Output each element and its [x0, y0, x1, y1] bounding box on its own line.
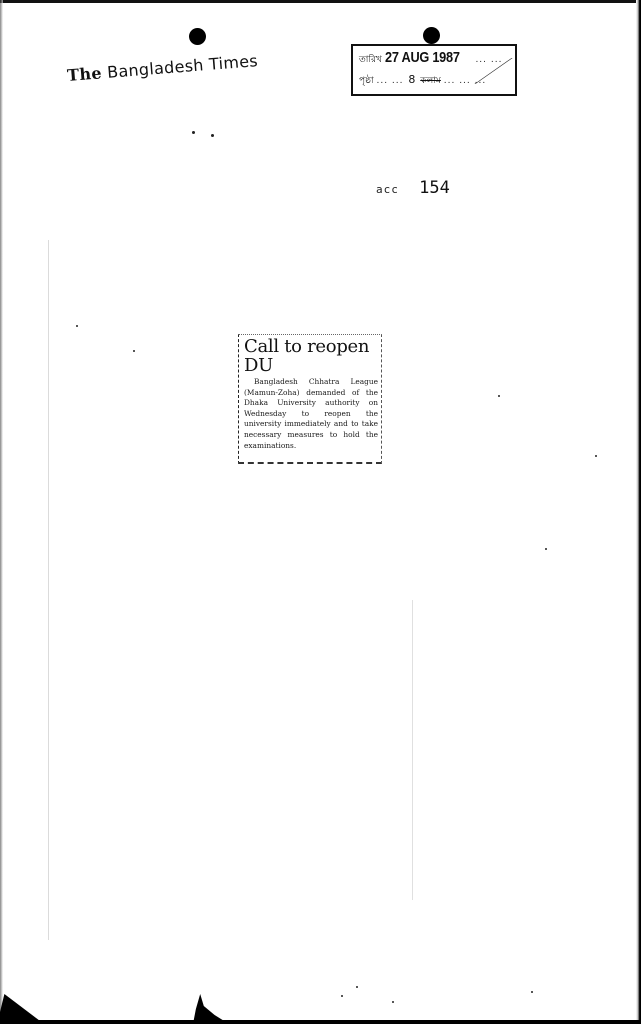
page-edge-top: [0, 0, 641, 3]
stamp-dots: ... ...: [376, 76, 403, 86]
page-edge-left: [0, 0, 3, 1024]
newspaper-clipping: Call to reopen DU Bangladesh Chhatra Lea…: [238, 334, 382, 464]
scan-speck: [211, 134, 214, 137]
masthead-name: Bangladesh Times: [106, 51, 258, 82]
scan-speck: [392, 1001, 394, 1003]
date-stamp: তারিখ 27 AUG 1987 ... ... পৃষ্ঠা ... ...…: [351, 44, 517, 96]
punch-hole-right: [423, 27, 440, 44]
folio-prefix: acc: [376, 183, 399, 196]
scan-speck: [133, 350, 135, 352]
scan-speck: [341, 995, 343, 997]
scan-artifact-line: [48, 240, 49, 940]
stamp-date-label: তারিখ: [359, 55, 382, 65]
stamp-page-label: পৃষ্ঠা: [359, 76, 374, 86]
folio-number: acc 154: [376, 178, 450, 198]
scan-speck: [545, 548, 547, 550]
scan-speck: [192, 131, 195, 134]
scan-speck: [76, 325, 78, 327]
punch-hole-left: [189, 28, 206, 45]
folio-value: 154: [419, 178, 450, 198]
scan-artifact-line: [412, 600, 413, 900]
clipping-body: Bangladesh Chhatra League (Mamun-Zoha) d…: [244, 377, 378, 451]
stamp-page-value: 8: [408, 73, 415, 86]
masthead-article: The: [67, 63, 103, 85]
scan-speck: [498, 395, 500, 397]
page-edge-bottom: [0, 1020, 641, 1024]
page-edge-right: [636, 0, 641, 1024]
scan-speck: [595, 455, 597, 457]
clipping-headline: Call to reopen DU: [244, 337, 378, 375]
torn-corner-scrap: [0, 994, 44, 1024]
newspaper-masthead: The Bangladesh Times: [67, 51, 259, 85]
stamp-date-value: 27 AUG 1987: [385, 49, 460, 66]
scan-speck: [356, 986, 358, 988]
scan-speck: [531, 991, 533, 993]
